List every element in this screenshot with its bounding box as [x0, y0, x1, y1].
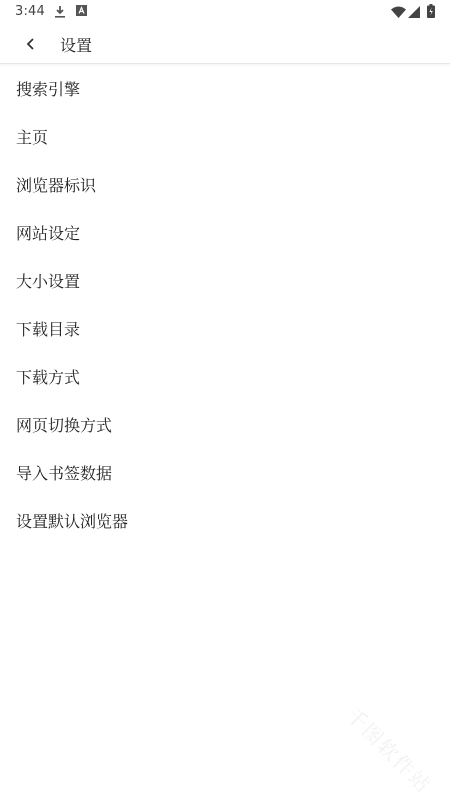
status-time: 3:44 — [15, 4, 45, 19]
settings-item-page-switch-mode[interactable]: 网页切换方式 — [0, 400, 450, 448]
back-button[interactable] — [18, 32, 42, 56]
settings-item-search-engine[interactable]: 搜索引擎 — [0, 64, 450, 112]
settings-item-label: 网页切换方式 — [16, 413, 112, 436]
chevron-left-icon — [18, 32, 42, 56]
settings-item-download-method[interactable]: 下载方式 — [0, 352, 450, 400]
settings-item-import-bookmarks[interactable]: 导入书签数据 — [0, 448, 450, 496]
settings-item-label: 下载目录 — [16, 317, 80, 340]
app-bar: 设置 — [0, 24, 450, 64]
settings-item-label: 下载方式 — [16, 365, 80, 388]
cell-signal-icon — [408, 6, 420, 22]
status-bar: 3:44 — [0, 0, 450, 24]
app-notification-icon — [76, 5, 87, 20]
settings-item-label: 网站设定 — [16, 221, 80, 244]
settings-item-label: 设置默认浏览器 — [16, 509, 128, 532]
settings-item-label: 导入书签数据 — [16, 461, 112, 484]
settings-item-user-agent[interactable]: 浏览器标识 — [0, 160, 450, 208]
download-icon — [54, 5, 66, 22]
settings-item-download-directory[interactable]: 下载目录 — [0, 304, 450, 352]
watermark: 千图软件站 — [341, 700, 439, 798]
settings-item-homepage[interactable]: 主页 — [0, 112, 450, 160]
settings-item-set-default-browser[interactable]: 设置默认浏览器 — [0, 496, 450, 544]
settings-item-site-settings[interactable]: 网站设定 — [0, 208, 450, 256]
settings-item-label: 大小设置 — [16, 269, 80, 292]
settings-item-label: 搜索引擎 — [16, 77, 80, 100]
wifi-icon — [391, 6, 406, 22]
settings-item-label: 主页 — [16, 125, 48, 148]
settings-list: 搜索引擎 主页 浏览器标识 网站设定 大小设置 下载目录 下载方式 网页切换方式… — [0, 64, 450, 544]
settings-item-label: 浏览器标识 — [16, 173, 96, 196]
page-title: 设置 — [60, 33, 92, 56]
settings-item-text-size[interactable]: 大小设置 — [0, 256, 450, 304]
battery-charging-icon — [427, 4, 435, 22]
